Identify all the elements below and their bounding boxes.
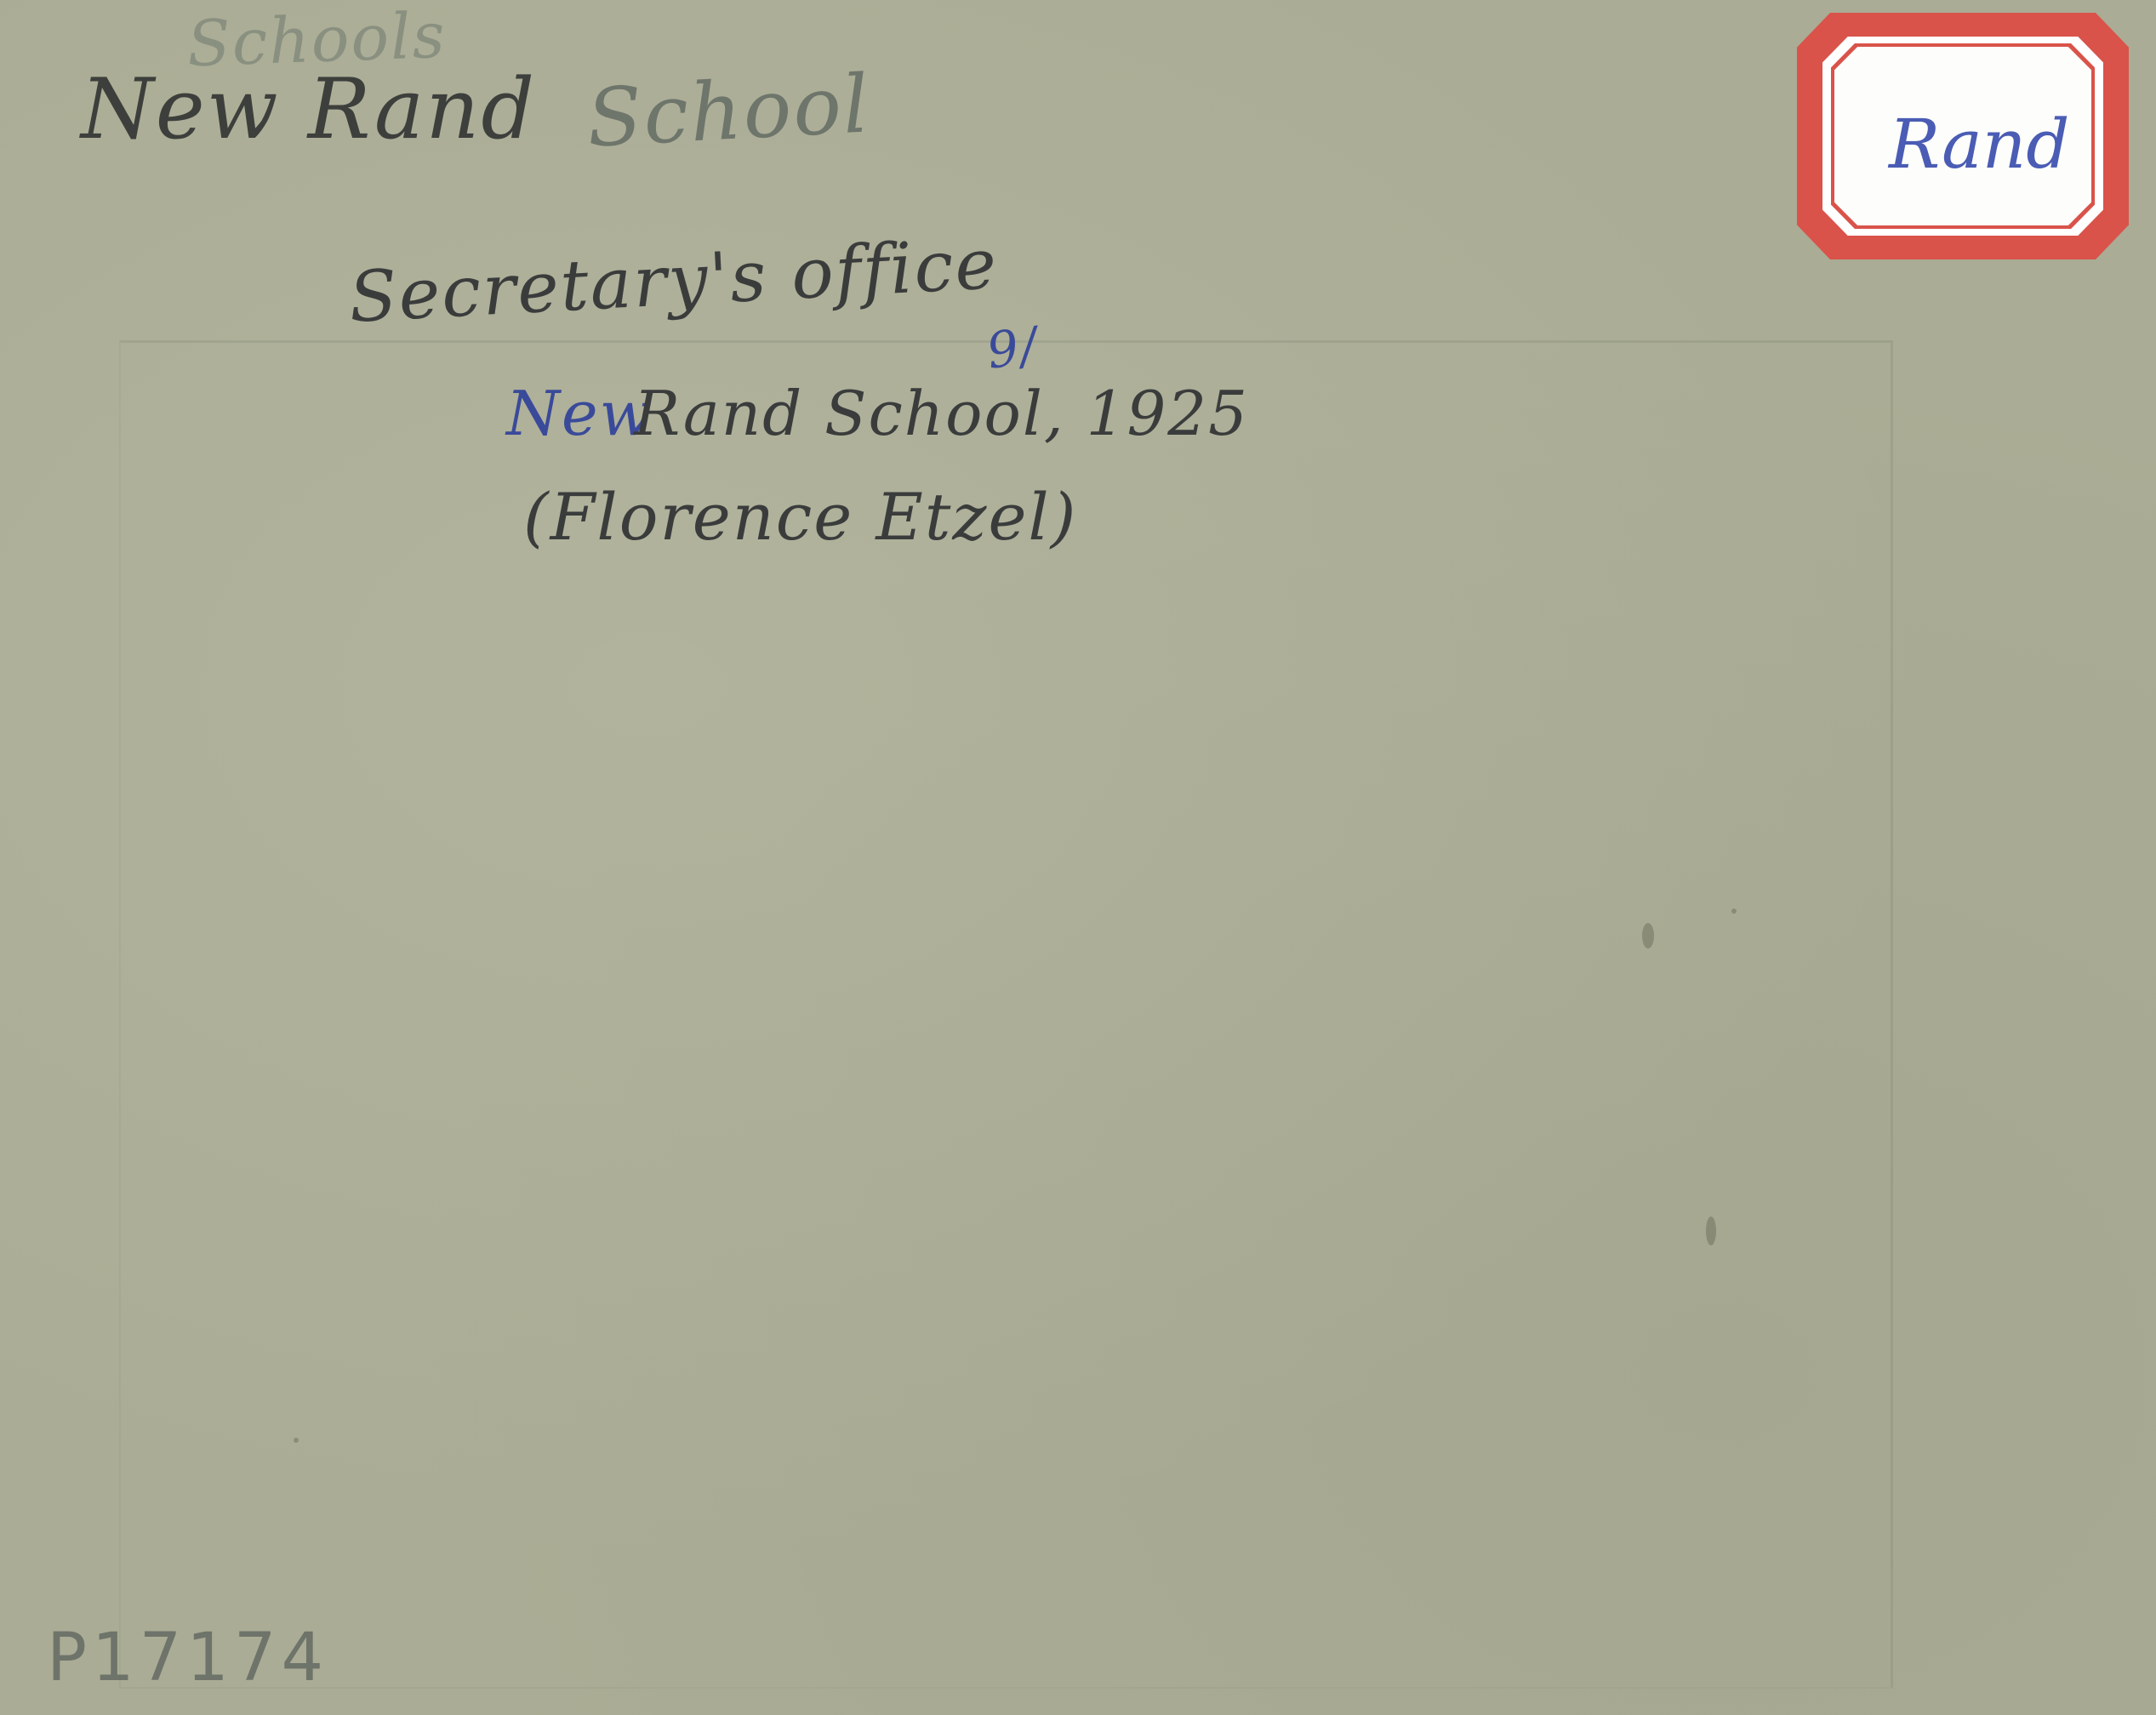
photo-mount-back: Schools New Rand School Secretary's offi… (0, 0, 2156, 1715)
paper-speck (1706, 1216, 1716, 1245)
label-red-rule: Rand (1831, 43, 2095, 229)
caption-new: New (506, 383, 653, 444)
label-white-border: Rand (1822, 37, 2103, 236)
label-text: Rand (1889, 105, 2070, 184)
folio-mark: 9/ (984, 320, 1041, 376)
title-new-rand: New Rand (81, 68, 536, 151)
title-school: School (585, 65, 872, 159)
paper-speck (1731, 909, 1737, 914)
paper-speck (294, 1438, 299, 1443)
label-paper: Rand (1834, 47, 2091, 225)
paper-speck (1642, 923, 1654, 949)
description-note: Secretary's office (347, 230, 999, 333)
catalog-label: Rand (1797, 13, 2129, 259)
caption-rand-school-1925: Rand School, 1925 (634, 383, 1249, 444)
accession-number: P17174 (47, 1625, 328, 1691)
person-name: (Florence Etzel) (523, 485, 1077, 550)
